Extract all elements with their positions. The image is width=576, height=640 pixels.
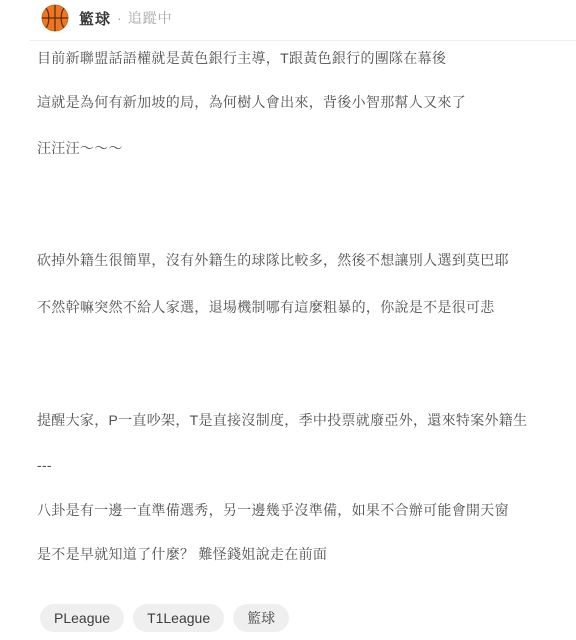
- post-paragraph: 汪汪汪～～～: [37, 138, 548, 158]
- post-paragraph: 目前新聯盟話語權就是黃色銀行主導，T跟黃色銀行的團隊在幕後: [37, 48, 548, 68]
- post-page: 籃球 · 追蹤中 目前新聯盟話語權就是黃色銀行主導，T跟黃色銀行的團隊在幕後 這…: [0, 0, 576, 640]
- post-paragraph: 是不是早就知道了什麼？ 難怪錢姐說走在前面: [37, 544, 548, 564]
- basketball-icon: [40, 3, 70, 33]
- post-paragraph-divider-dashes: ---: [37, 455, 548, 475]
- header-separator-dot: ·: [117, 10, 122, 26]
- tag-row: PLeague T1League 籃球: [40, 604, 289, 632]
- tag-t1league[interactable]: T1League: [133, 604, 224, 632]
- header-divider: [30, 40, 576, 41]
- tag-pleague[interactable]: PLeague: [40, 604, 124, 632]
- follow-status-label[interactable]: 追蹤中: [128, 8, 173, 28]
- post-paragraph: 這就是為何有新加坡的局，為何樹人會出來，背後小智那幫人又來了: [37, 92, 548, 112]
- post-paragraph: 砍掉外籍生很簡單，沒有外籍生的球隊比較多，然後不想讓別人選到莫巴耶: [37, 250, 548, 270]
- post-paragraph: 八卦是有一邊一直準備選秀，另一邊幾乎沒準備，如果不合辦可能會開天窗: [37, 500, 548, 520]
- post-paragraph: 提醒大家，P一直吵架，T是直接沒制度，季中投票就廢亞外，還來特案外籍生: [37, 410, 548, 430]
- tag-basketball[interactable]: 籃球: [233, 604, 289, 632]
- post-paragraph: 不然幹嘛突然不給人家選，退場機制哪有這麼粗暴的，你說是不是很可悲: [37, 297, 548, 317]
- topic-header: 籃球 · 追蹤中: [40, 2, 173, 34]
- board-name[interactable]: 籃球: [79, 8, 111, 29]
